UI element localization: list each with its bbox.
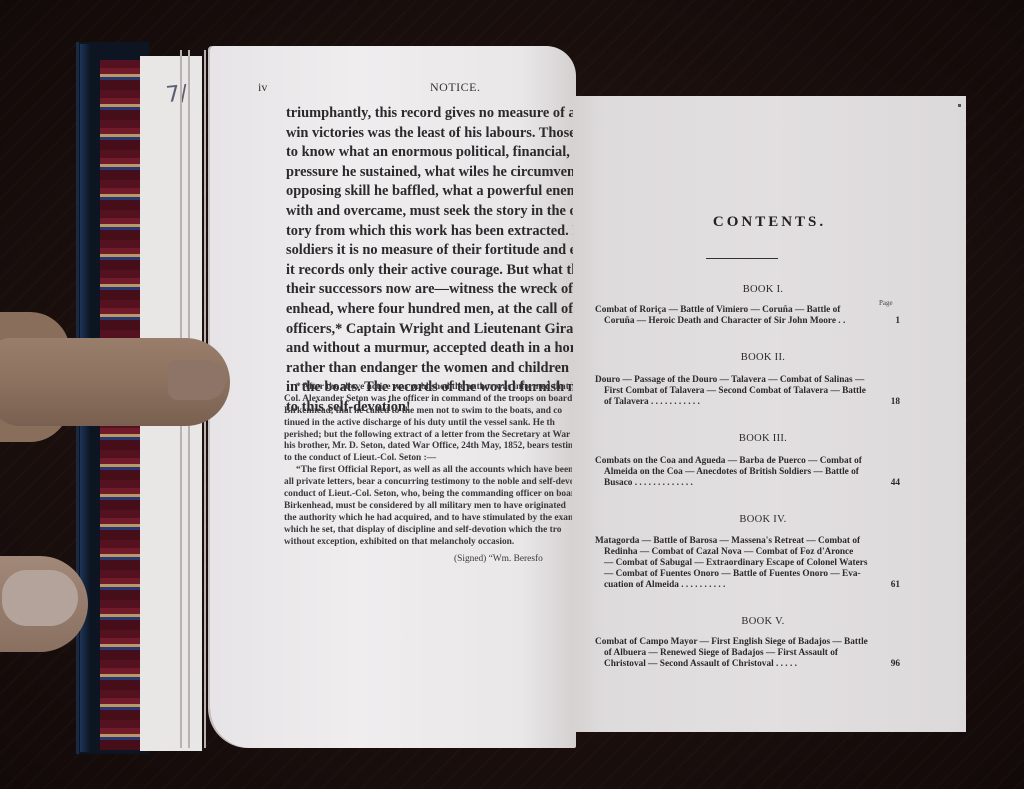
entry-line: Douro — Passage of the Douro — Talavera … [595,375,880,386]
book-heading: BOOK I. [573,284,953,295]
entry-line: of Albuera — Renewed Siege of Badajos — … [595,648,880,659]
contents-entry: Combats on the Coa and Agueda — Barba de… [595,456,880,489]
text-line: pressure he sustained, what wiles he cir… [286,163,576,183]
text-line: rather than endanger the women and child… [286,359,576,379]
book-heading: BOOK IV. [573,514,953,525]
right-page: CONTENTS. Page BOOK I. Combat of Roriça … [573,96,966,732]
entry-page-number: 96 [891,659,900,670]
finger-holding-page [0,338,230,426]
book-heading: BOOK V. [573,616,953,627]
entry-line: Almeida on the Coa — Anecdotes of Britis… [595,467,880,478]
page-column-label: Page [879,299,893,307]
entry-page-number: 44 [891,478,900,489]
handwritten-mark: 7/ [165,81,189,108]
fingernail [168,360,226,400]
footnote-line: perished; but the following extract of a… [284,430,572,442]
footnote-line: Birkenhead, that he called to the men no… [284,406,572,418]
entry-line: — Combat of Fuentes Onoro — Battle of Fu… [595,569,880,580]
page-speck [958,104,961,107]
text-line: win victories was the least of his labou… [286,124,576,144]
footnote-line: which he set, that display of discipline… [284,525,572,537]
text-line: their successors now are—witness the wre… [286,280,576,300]
entry-line: Busaco . . . . . . . . . . . . . [595,478,880,489]
book-heading: BOOK II. [573,352,953,363]
text-line: and without a murmur, accepted death in … [286,339,576,359]
footnote-line: without exception, exhibited on that mel… [284,537,572,549]
footnote-line: his brother, Mr. D. Seton, dated War Off… [284,441,572,453]
entry-line: Combats on the Coa and Agueda — Barba de… [595,456,880,467]
footnote-line: conduct of Lieut.-Col. Seton, who, being… [284,489,572,501]
contents-entry: Combat of Campo Mayor — First English Si… [595,637,880,670]
text-line: with and overcame, must seek the story i… [286,202,576,222]
text-line: officers,* Captain Wright and Lieutenant… [286,320,576,340]
footnote: * After the above notice was published t… [284,382,572,566]
contents-entry: Douro — Passage of the Douro — Talavera … [595,375,880,408]
running-header: iv NOTICE. [258,80,556,98]
footnote-line: * After the above notice was published t… [284,382,572,394]
text-line: to know what an enormous political, fina… [286,143,576,163]
title-rule [706,258,778,259]
text-line: opposing skill he baffled, what a powerf… [286,182,576,202]
entry-line: of Talavera . . . . . . . . . . . [595,397,880,408]
text-line: tory from which this work has been extra… [286,222,576,242]
entry-line: Matagorda — Battle of Barosa — Massena's… [595,536,880,547]
book-heading: BOOK III. [573,433,953,444]
text-line: soldiers it is no measure of their forti… [286,241,576,261]
contents-title: CONTENTS. [573,214,966,231]
footnote-signature: (Signed) “Wm. Beresfo [284,554,572,566]
entry-page-number: 61 [891,580,900,591]
text-line: triumphantly, this record gives no measu… [286,104,576,124]
entry-line: First Combat of Talavera — Second Combat… [595,386,880,397]
entry-line: Redinha — Combat of Cazal Nova — Combat … [595,547,880,558]
thumbnail [2,570,78,626]
contents-entry: Combat of Roriça — Battle of Vimiero — C… [595,305,880,327]
page-number: iv [258,80,267,95]
footnote-line: Col. Alexander Seton was the officer in … [284,394,572,406]
footnote-line: to the conduct of Lieut.-Col. Seton :— [284,453,572,465]
entry-page-number: 18 [891,397,900,408]
footnote-line: all private letters, bear a concurring t… [284,477,572,489]
entry-line: cuation of Almeida . . . . . . . . . . [595,580,880,591]
text-line: it records only their active courage. Bu… [286,261,576,281]
footnote-line: tinued in the active discharge of his du… [284,418,572,430]
footnote-line: Birkenhead, must be considered by all mi… [284,501,572,513]
contents-entry: Matagorda — Battle of Barosa — Massena's… [595,536,880,591]
body-text: triumphantly, this record gives no measu… [286,104,576,418]
entry-line: — Combat of Sabugal — Extraordinary Esca… [595,558,880,569]
text-line: enhead, where four hundred men, at the c… [286,300,576,320]
footnote-line: “The first Official Report, as well as a… [284,465,572,477]
entry-line: Combat of Roriça — Battle of Vimiero — C… [595,305,880,316]
footnote-line: the authority which he had acquired, and… [284,513,572,525]
running-head-title: NOTICE. [430,80,481,95]
entry-line: Christoval — Second Assault of Christova… [595,659,880,670]
entry-line: Coruña — Heroic Death and Character of S… [595,316,880,327]
entry-page-number: 1 [895,316,900,327]
entry-line: Combat of Campo Mayor — First English Si… [595,637,880,648]
